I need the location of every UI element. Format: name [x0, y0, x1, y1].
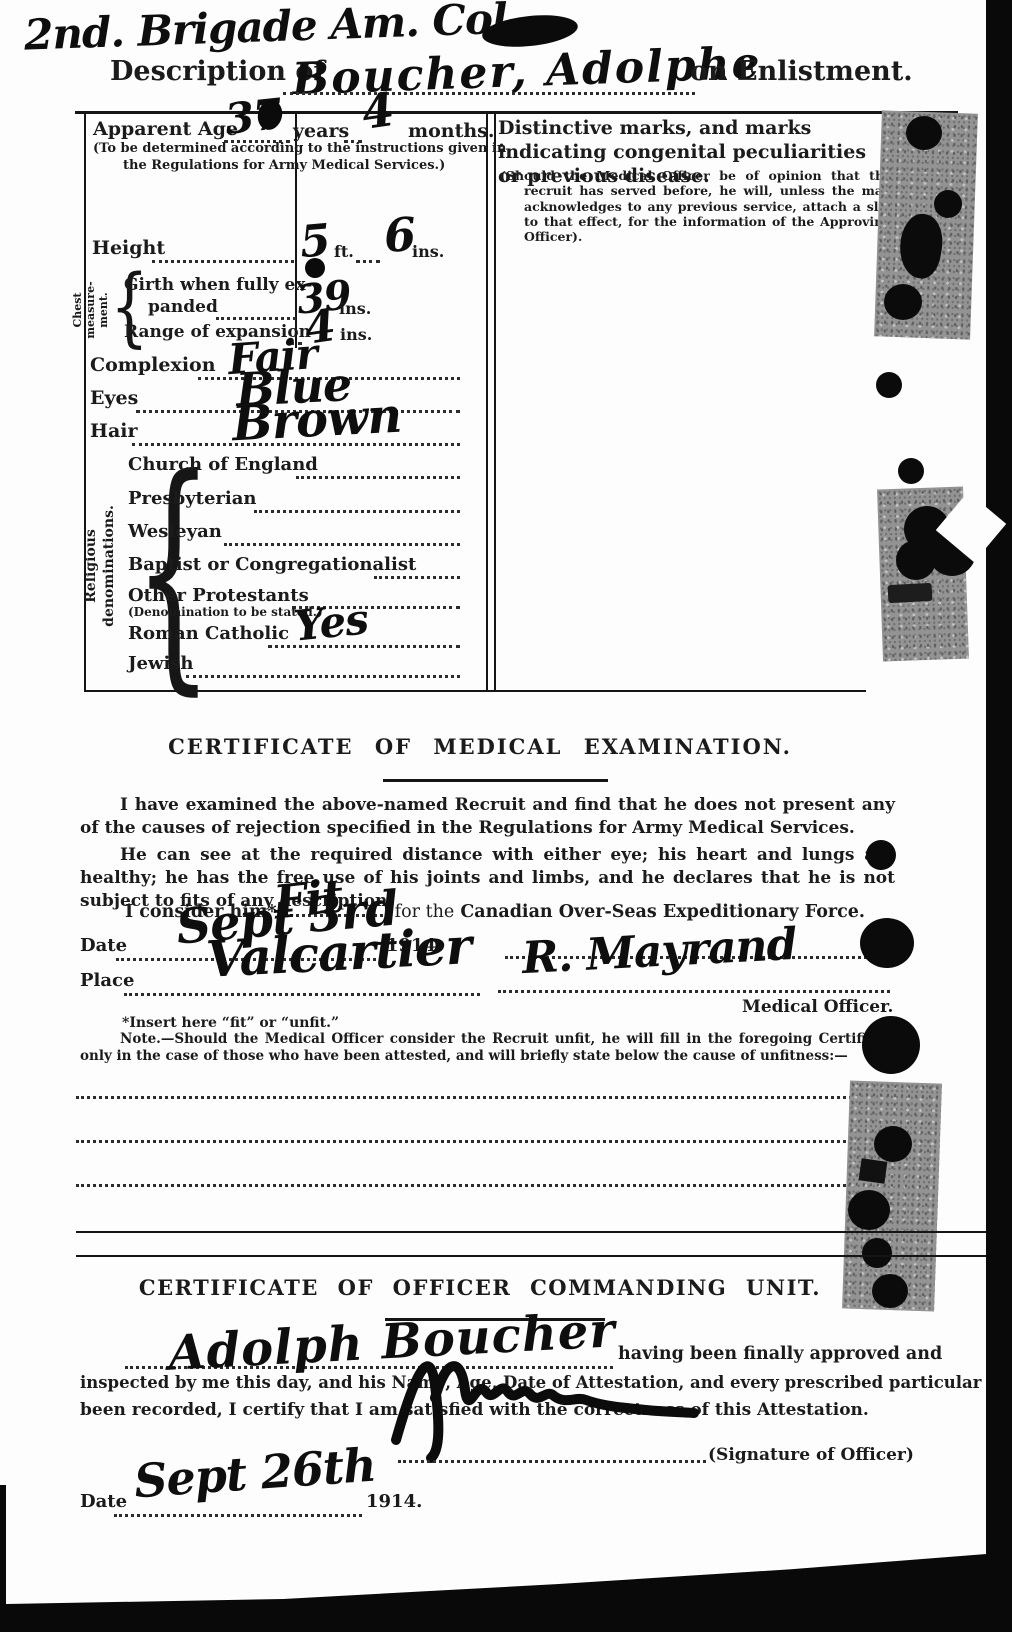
distinctive-marks-note: (Should the Medical Officer be of opinio…: [500, 168, 892, 244]
religion-item-label: Roman Catholic: [128, 624, 289, 645]
dotted-leader: [124, 993, 480, 996]
dotted-leader: [398, 1460, 706, 1463]
dotted-leader: [114, 1514, 362, 1517]
hair-value: Brown: [231, 392, 402, 449]
medical-date-label: Date: [80, 936, 127, 957]
religion-item-label: Other Protestants: [128, 586, 309, 607]
religion-item-label: Baptist or Congregationalist: [128, 555, 416, 576]
ink-blot: [898, 458, 924, 484]
officer-date-label: Date: [80, 1492, 127, 1513]
box-top-rule: [75, 111, 958, 114]
ink-blot: [866, 840, 896, 870]
complexion-label: Complexion: [90, 355, 216, 377]
ink-blot: [872, 1274, 908, 1308]
page-title-suffix: on Enlistment.: [690, 56, 913, 87]
stamp-mark-artifact: [888, 583, 933, 603]
dotted-leader: [296, 476, 460, 479]
dotted-leader: [186, 675, 460, 678]
girth-label-line2: panded: [148, 298, 218, 318]
attestation-form-page: 2nd. Brigade Am. Col. Description of Bou…: [0, 0, 1012, 1632]
ink-blot: [862, 1016, 920, 1074]
religion-item-label: Church of England: [128, 455, 318, 476]
officer-certificate-title: CERTIFICATE OF OFFICER COMMANDING UNIT.: [100, 1276, 860, 1300]
months-unit-label: months.: [408, 121, 495, 143]
page-edge-bar-right: [986, 0, 1012, 1632]
medical-place-value: Valcartier: [205, 921, 472, 985]
page-edge-band-bottom: [0, 1545, 1012, 1632]
medical-place-label: Place: [80, 971, 134, 992]
signature-of-officer-caption: (Signature of Officer): [708, 1446, 914, 1466]
religion-item-label: Wesleyan: [128, 522, 222, 543]
dotted-leader: [254, 510, 460, 513]
apparent-age-label: Apparent Age: [93, 119, 238, 141]
dotted-leader: [216, 317, 296, 320]
dotted-leader: [356, 260, 380, 263]
ink-blot: [874, 1126, 912, 1162]
box-center-divider: [486, 111, 496, 692]
religion-side-label: Religious denominations.: [83, 491, 123, 641]
officer-date-value: Sept 26th: [133, 1442, 377, 1505]
dotted-leader: [152, 260, 294, 263]
name-underline: [283, 92, 695, 95]
hair-label: Hair: [90, 421, 138, 443]
blank-line: [76, 1140, 888, 1143]
medical-officer-signature: R. Mayrand: [521, 923, 797, 981]
medical-paragraph-1: I have examined the above-named Recruit …: [80, 794, 895, 840]
ink-blot: [862, 1238, 892, 1268]
apparent-age-instruction: (To be determined according to the instr…: [93, 141, 515, 175]
dotted-leader: [498, 990, 890, 993]
ink-blot: [906, 116, 942, 150]
blank-line: [76, 1096, 888, 1099]
blank-line-solid: [76, 1231, 988, 1233]
apparent-age-months-value: 4: [359, 86, 396, 136]
height-feet-unit: ft.: [334, 243, 354, 261]
eyes-label: Eyes: [90, 388, 138, 410]
medical-note: Note.—Should the Medical Officer conside…: [80, 1031, 898, 1065]
ink-blot: [876, 372, 902, 398]
ink-blot: [884, 284, 922, 320]
ink-blot: [305, 258, 325, 278]
religion-item-label: Jewish: [128, 654, 194, 675]
girth-unit: ins.: [339, 300, 371, 318]
ink-blot: [860, 918, 914, 968]
range-unit: ins.: [340, 326, 372, 344]
blank-line-solid: [76, 1255, 988, 1257]
religion-item-label: Presbyterian: [128, 489, 257, 510]
ink-blot: [896, 540, 936, 580]
fit-unfit-footnote: *Insert here “fit” or “unfit.”: [122, 1015, 339, 1031]
years-unit-label: years: [293, 121, 349, 143]
officer-signature-scrawl: [388, 1340, 718, 1465]
height-inches-unit: ins.: [412, 243, 444, 261]
ink-blot: [848, 1190, 890, 1230]
dotted-leader: [224, 543, 460, 546]
blank-line: [76, 1184, 888, 1187]
medical-officer-role: Medical Officer.: [742, 998, 893, 1018]
dotted-leader: [374, 576, 460, 579]
page-edge-sliver-left: [0, 1485, 6, 1632]
section-divider: [383, 779, 608, 782]
officer-date-year: 1914.: [366, 1492, 422, 1513]
ink-blot: [934, 190, 962, 218]
girth-label-line1: Girth when fully ex-: [124, 276, 312, 296]
medical-certificate-title: CERTIFICATE OF MEDICAL EXAMINATION.: [100, 735, 860, 759]
consider-suffix-bold: Canadian Over-Seas Expeditionary Force.: [460, 902, 865, 922]
chest-side-label: Chest measure- ment.: [71, 265, 115, 355]
ink-square-artifact: [859, 1158, 888, 1183]
religion-roman-catholic-value: Yes: [292, 598, 370, 647]
